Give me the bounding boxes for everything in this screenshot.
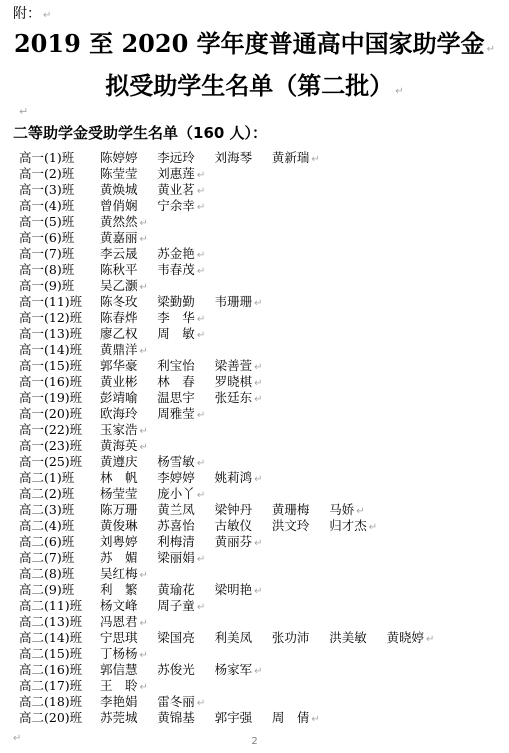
roster-row: 高一(7)班李云晟苏金艳↵: [19, 246, 509, 262]
student-name: 苏喜怡: [157, 518, 214, 534]
paragraph-return-mark: ↵: [254, 360, 262, 376]
paragraph-return-mark: ↵: [197, 200, 205, 216]
paragraph-return-mark: ↵: [13, 733, 21, 744]
class-label: 高二(3)班: [19, 502, 100, 518]
paragraph-return-mark: ↵: [197, 600, 205, 616]
student-name: 雷冬丽: [157, 694, 195, 710]
roster-row: 高一(25)班黄遵庆杨雪敏↵: [19, 454, 509, 470]
class-label: 高一(5)班: [19, 214, 100, 230]
student-name: 黄兰凤: [157, 502, 214, 518]
roster-row: 高二(1)班林 帆李婷婷姚莉鸿↵: [19, 470, 509, 486]
student-name: 洪美敏: [329, 630, 386, 646]
student-name: 利 繁: [100, 582, 157, 598]
student-name: 廖乙权: [100, 326, 157, 342]
class-label: 高二(16)班: [19, 662, 100, 678]
roster-row: 高一(13)班廖乙权周 敏↵: [19, 326, 509, 342]
student-name: 苏 媚: [100, 550, 157, 566]
student-name: 周子童: [157, 598, 195, 614]
student-name: 黄嘉丽: [100, 230, 138, 246]
document-page: 附：↵ 2019 至 2020 学年度普通高中国家助学金↵ 拟受助学生名单（第二…: [0, 0, 509, 753]
student-name: 宁余幸: [157, 198, 195, 214]
student-name: 丁杨杨: [100, 646, 138, 662]
paragraph-return-mark: ↵: [254, 392, 262, 408]
student-name: 杨家军: [215, 662, 253, 678]
student-name: 古敏仪: [215, 518, 272, 534]
roster-row: 高二(2)班杨莹莹庞小丫↵: [19, 486, 509, 502]
class-label: 高二(2)班: [19, 486, 100, 502]
class-label: 高一(8)班: [19, 262, 100, 278]
student-name: 刘惠莲: [157, 166, 195, 182]
student-name: 刘海琴: [215, 150, 272, 166]
student-name: 梁钟丹: [215, 502, 272, 518]
roster-row: 高一(11)班陈冬玫梁勤勤韦珊珊↵: [19, 294, 509, 310]
roster-row: 高一(16)班黄业彬林 春罗晓棋↵: [19, 374, 509, 390]
roster-row: 高二(3)班陈万珊黄兰凤梁钟丹黄珊梅马娇↵: [19, 502, 509, 518]
student-name: 陈婷婷: [100, 150, 157, 166]
class-label: 高二(1)班: [19, 470, 100, 486]
section-heading: 二等助学金受助学生名单（160 人）：: [13, 122, 267, 143]
student-name: 梁勤勤: [157, 294, 214, 310]
student-name: 陈春烨: [100, 310, 157, 326]
student-name: 苏俊光: [157, 662, 214, 678]
student-name: 苏金艳: [157, 246, 195, 262]
roster-row: 高一(4)班曾俏娴宁余幸↵: [19, 198, 509, 214]
roster-row: 高一(14)班黄鼎洋↵: [19, 342, 509, 358]
student-name: 周雅莹: [157, 406, 195, 422]
roster-row: 高一(15)班郭华豪利宝怡梁善萱↵: [19, 358, 509, 374]
attachment-label: 附：↵: [13, 5, 51, 25]
student-name: 李云晟: [100, 246, 157, 262]
roster-row: 高一(23)班黄海英↵: [19, 438, 509, 454]
student-name: 玉家浩: [100, 422, 138, 438]
paragraph-return-mark: ↵: [197, 264, 205, 280]
paragraph-return-mark: ↵: [487, 44, 495, 55]
class-label: 高一(16)班: [19, 374, 100, 390]
student-name: 彭靖喻: [100, 390, 157, 406]
student-name: 李 华: [157, 310, 195, 326]
student-name: 郭信慧: [100, 662, 157, 678]
student-name: 黄俊琳: [100, 518, 157, 534]
paragraph-return-mark: ↵: [254, 472, 262, 488]
class-label: 高二(15)班: [19, 646, 100, 662]
class-label: 高一(23)班: [19, 438, 100, 454]
roster-row: 高二(11)班杨文峰周子童↵: [19, 598, 509, 614]
student-name: 黄晓婷: [386, 630, 424, 646]
student-name: 利梅清: [157, 534, 214, 550]
student-name: 黄锦基: [157, 710, 214, 726]
student-name: 黄业彬: [100, 374, 157, 390]
student-name: 罗晓棋: [215, 374, 253, 390]
roster-row: 高一(3)班黄焕城黄业茗↵: [19, 182, 509, 198]
class-label: 高一(4)班: [19, 198, 100, 214]
student-name: 李艳娟: [100, 694, 157, 710]
roster-row: 高二(15)班丁杨杨↵: [19, 646, 509, 662]
class-label: 高二(20)班: [19, 710, 100, 726]
student-name: 温思宇: [157, 390, 214, 406]
title-line-2: 拟受助学生名单（第二批）↵: [0, 68, 509, 110]
student-name: 郭华豪: [100, 358, 157, 374]
paragraph-return-mark: ↵: [254, 584, 262, 600]
student-name: 黄丽芬: [215, 534, 253, 550]
paragraph-return-mark: ↵: [43, 10, 51, 21]
student-name: 苏莞城: [100, 710, 157, 726]
student-name: 归才杰: [329, 518, 367, 534]
student-name: 黄遵庆: [100, 454, 157, 470]
student-name: 陈万珊: [100, 502, 157, 518]
roster-row: 高一(12)班陈春烨李 华↵: [19, 310, 509, 326]
paragraph-return-mark: ↵: [197, 312, 205, 328]
class-label: 高一(14)班: [19, 342, 100, 358]
paragraph-return-mark: ↵: [254, 376, 262, 392]
student-name: 周 敏: [157, 326, 195, 342]
roster-row: 高二(4)班黄俊琳苏喜怡古敏仪洪文玲归才杰↵: [19, 518, 509, 534]
roster-row: 高一(20)班欧海玲周雅莹↵: [19, 406, 509, 422]
title-line-2-text: 拟受助学生名单（第二批）: [105, 71, 393, 100]
paragraph-return-mark: ↵: [197, 408, 205, 424]
student-name: 梁国亮: [157, 630, 214, 646]
student-name: 周 倩: [272, 710, 310, 726]
paragraph-return-mark: ↵: [19, 105, 28, 118]
paragraph-return-mark: ↵: [197, 328, 205, 344]
class-label: 高一(13)班: [19, 326, 100, 342]
student-name: 马娇: [329, 502, 354, 518]
class-label: 高二(6)班: [19, 534, 100, 550]
class-label: 高一(22)班: [19, 422, 100, 438]
class-label: 高二(11)班: [19, 598, 100, 614]
student-name: 杨雪敏: [157, 454, 195, 470]
student-name: 陈莹莹: [100, 166, 157, 182]
class-label: 高二(7)班: [19, 550, 100, 566]
class-label: 高一(6)班: [19, 230, 100, 246]
student-name: 韦珊珊: [215, 294, 253, 310]
student-name: 陈冬玫: [100, 294, 157, 310]
student-name: 黄珊梅: [272, 502, 329, 518]
paragraph-return-mark: ↵: [395, 86, 403, 97]
class-label: 高二(17)班: [19, 678, 100, 694]
roster-row: 高一(2)班陈莹莹刘惠莲↵: [19, 166, 509, 182]
student-name: 吴乙灏: [100, 278, 138, 294]
class-label: 高一(25)班: [19, 454, 100, 470]
student-name: 曾俏娴: [100, 198, 157, 214]
roster: 高一(1)班陈婷婷李远玲刘海琴黄新瑞↵高一(2)班陈莹莹刘惠莲↵高一(3)班黄焕…: [19, 150, 509, 726]
roster-row: 高二(20)班苏莞城黄锦基郭宇强周 倩↵: [19, 710, 509, 726]
paragraph-return-mark: ↵: [254, 296, 262, 312]
student-name: 梁丽娟: [157, 550, 195, 566]
class-label: 高二(18)班: [19, 694, 100, 710]
roster-row: 高一(22)班玉家浩↵: [19, 422, 509, 438]
student-name: 杨文峰: [100, 598, 157, 614]
student-name: 黄新瑞: [272, 150, 310, 166]
student-name: 利美凤: [215, 630, 272, 646]
class-label: 高一(20)班: [19, 406, 100, 422]
class-label: 高一(3)班: [19, 182, 100, 198]
roster-row: 高一(1)班陈婷婷李远玲刘海琴黄新瑞↵: [19, 150, 509, 166]
class-label: 高二(9)班: [19, 582, 100, 598]
roster-row: 高二(6)班刘粤婷利梅清黄丽芬↵: [19, 534, 509, 550]
class-label: 高二(14)班: [19, 630, 100, 646]
class-label: 高二(8)班: [19, 566, 100, 582]
class-label: 高一(19)班: [19, 390, 100, 406]
student-name: 林 春: [157, 374, 214, 390]
class-label: 高二(13)班: [19, 614, 100, 630]
paragraph-return-mark: ↵: [197, 248, 205, 264]
student-name: 姚莉鸿: [215, 470, 253, 486]
student-name: 黄业茗: [157, 182, 195, 198]
attachment-label-text: 附：: [13, 6, 41, 22]
student-name: 刘粤婷: [100, 534, 157, 550]
page-number: 2: [0, 736, 509, 747]
student-name: 利宝怡: [157, 358, 214, 374]
title-line-1-text: 2019 至 2020 学年度普通高中国家助学金: [14, 29, 485, 58]
paragraph-return-mark: ↵: [140, 216, 148, 232]
paragraph-return-mark: ↵: [311, 152, 319, 168]
class-label: 高一(1)班: [19, 150, 100, 166]
student-name: 洪文玲: [272, 518, 329, 534]
roster-row: 高一(6)班黄嘉丽↵: [19, 230, 509, 246]
student-name: 黄海英: [100, 438, 138, 454]
student-name: 张廷东: [215, 390, 253, 406]
student-name: 陈秋平: [100, 262, 157, 278]
title-line-1: 2019 至 2020 学年度普通高中国家助学金↵: [0, 26, 509, 68]
student-name: 欧海玲: [100, 406, 157, 422]
student-name: 黄鼎洋: [100, 342, 138, 358]
student-name: 郭宇强: [215, 710, 272, 726]
roster-row: 高二(17)班王 聆↵: [19, 678, 509, 694]
student-name: 王 聆: [100, 678, 138, 694]
student-name: 黄焕城: [100, 182, 157, 198]
paragraph-return-mark: ↵: [426, 632, 434, 648]
paragraph-return-mark: ↵: [254, 536, 262, 552]
student-name: 冯恩君: [100, 614, 138, 630]
student-name: 张功沛: [272, 630, 329, 646]
paragraph-return-mark: ↵: [197, 552, 205, 568]
class-label: 高一(2)班: [19, 166, 100, 182]
roster-row: 高二(13)班冯恩君↵: [19, 614, 509, 630]
roster-row: 高一(9)班吴乙灏↵: [19, 278, 509, 294]
student-name: 梁明艳: [215, 582, 253, 598]
roster-row: 高一(8)班陈秋平韦春茂↵: [19, 262, 509, 278]
class-label: 高一(12)班: [19, 310, 100, 326]
roster-row: 高一(5)班黄然然↵: [19, 214, 509, 230]
paragraph-return-mark: ↵: [369, 520, 377, 536]
class-label: 高一(15)班: [19, 358, 100, 374]
student-name: 黄然然: [100, 214, 138, 230]
roster-row: 高二(18)班李艳娟雷冬丽↵: [19, 694, 509, 710]
class-label: 高一(11)班: [19, 294, 100, 310]
student-name: 梁善萱: [215, 358, 253, 374]
document-title: 2019 至 2020 学年度普通高中国家助学金↵ 拟受助学生名单（第二批）↵: [0, 26, 509, 110]
class-label: 高一(7)班: [19, 246, 100, 262]
roster-row: 高二(16)班郭信慧苏俊光杨家军↵: [19, 662, 509, 678]
student-name: 李婷婷: [157, 470, 214, 486]
student-name: 庞小丫: [157, 486, 195, 502]
roster-row: 高二(9)班利 繁黄瑜花梁明艳↵: [19, 582, 509, 598]
student-name: 林 帆: [100, 470, 157, 486]
roster-row: 高二(8)班吴红梅↵: [19, 566, 509, 582]
student-name: 李远玲: [157, 150, 214, 166]
student-name: 杨莹莹: [100, 486, 157, 502]
paragraph-return-mark: ↵: [197, 184, 205, 200]
class-label: 高二(4)班: [19, 518, 100, 534]
paragraph-return-mark: ↵: [197, 168, 205, 184]
roster-row: 高二(14)班宁思琪梁国亮利美凤张功沛洪美敏黄晓婷↵: [19, 630, 509, 646]
roster-row: 高二(7)班苏 媚梁丽娟↵: [19, 550, 509, 566]
paragraph-return-mark: ↵: [311, 712, 319, 728]
student-name: 韦春茂: [157, 262, 195, 278]
paragraph-return-mark: ↵: [140, 424, 148, 440]
student-name: 吴红梅: [100, 566, 138, 582]
paragraph-return-mark: ↵: [254, 664, 262, 680]
student-name: 黄瑜花: [157, 582, 214, 598]
student-name: 宁思琪: [100, 630, 157, 646]
class-label: 高一(9)班: [19, 278, 100, 294]
roster-row: 高一(19)班彭靖喻温思宇张廷东↵: [19, 390, 509, 406]
